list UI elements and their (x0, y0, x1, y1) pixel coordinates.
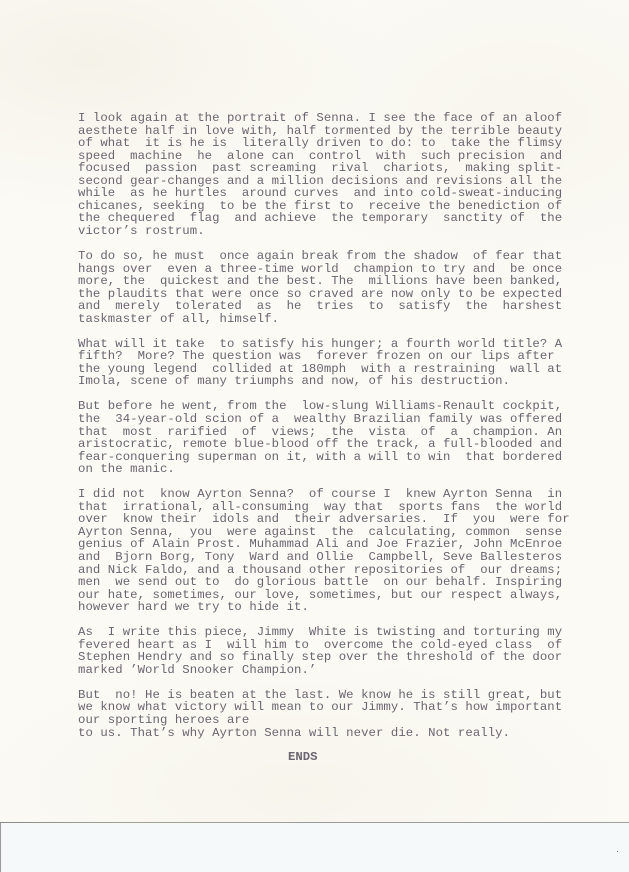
text-line: Imola, scene of many triumphs and now, o… (78, 375, 568, 388)
text-line: marked ’World Snooker Champion.’ (78, 664, 568, 677)
article-paragraph: I look again at the portrait of Senna. I… (78, 112, 568, 237)
text-line: and merely tolerated as he tries to sati… (78, 300, 568, 313)
scanner-bed-margin (0, 823, 629, 872)
scanned-page: I look again at the portrait of Senna. I… (0, 0, 629, 823)
text-line: fifth? More? The question was forever fr… (78, 350, 568, 363)
article-paragraph: But before he went, from the low-slung W… (78, 400, 568, 475)
article-paragraph: As I write this piece, Jimmy White is tw… (78, 626, 568, 676)
text-line: over know their idols and their adversar… (78, 513, 568, 526)
text-line: the 34-year-old scion of a wealthy Brazi… (78, 413, 568, 426)
article-paragraph: What will it take to satisfy his hunger;… (78, 338, 568, 388)
text-line: and Bjorn Borg, Tony Ward and Ollie Camp… (78, 551, 568, 564)
text-line: however hard we try to hide it. (78, 601, 568, 614)
text-line: our sporting heroes are (78, 714, 568, 727)
scan-speck (617, 851, 618, 852)
article-paragraph: But no! He is beaten at the last. We kno… (78, 689, 568, 739)
article-paragraph: To do so, he must once again break from … (78, 250, 568, 325)
article-paragraph: I did not know Ayrton Senna? of course I… (78, 488, 568, 613)
text-line: to us. That’s why Ayrton Senna will neve… (78, 727, 568, 740)
text-line: on the manic. (78, 463, 568, 476)
text-line: As I write this piece, Jimmy White is tw… (78, 626, 568, 639)
text-line: more, the quickest and the best. The mil… (78, 275, 568, 288)
text-line: victor’s rostrum. (78, 225, 568, 238)
text-line: focused passion past screaming rival cha… (78, 162, 568, 175)
text-line: of what it is he is literally driven to … (78, 137, 568, 150)
text-line: I did not know Ayrton Senna? of course I… (78, 488, 568, 501)
text-line: I look again at the portrait of Senna. I… (78, 112, 568, 125)
ends-marker: ENDS (288, 751, 318, 764)
text-line: Stephen Hendry and so finally step over … (78, 651, 568, 664)
text-line: aristocratic, remote blue-blood off the … (78, 438, 568, 451)
article-body: I look again at the portrait of Senna. I… (78, 112, 568, 752)
text-line: To do so, he must once again break from … (78, 250, 568, 263)
text-line: while as he hurtles around curves and in… (78, 187, 568, 200)
text-line: men we send out to do glorious battle on… (78, 576, 568, 589)
text-line: taskmaster of all, himself. (78, 313, 568, 326)
